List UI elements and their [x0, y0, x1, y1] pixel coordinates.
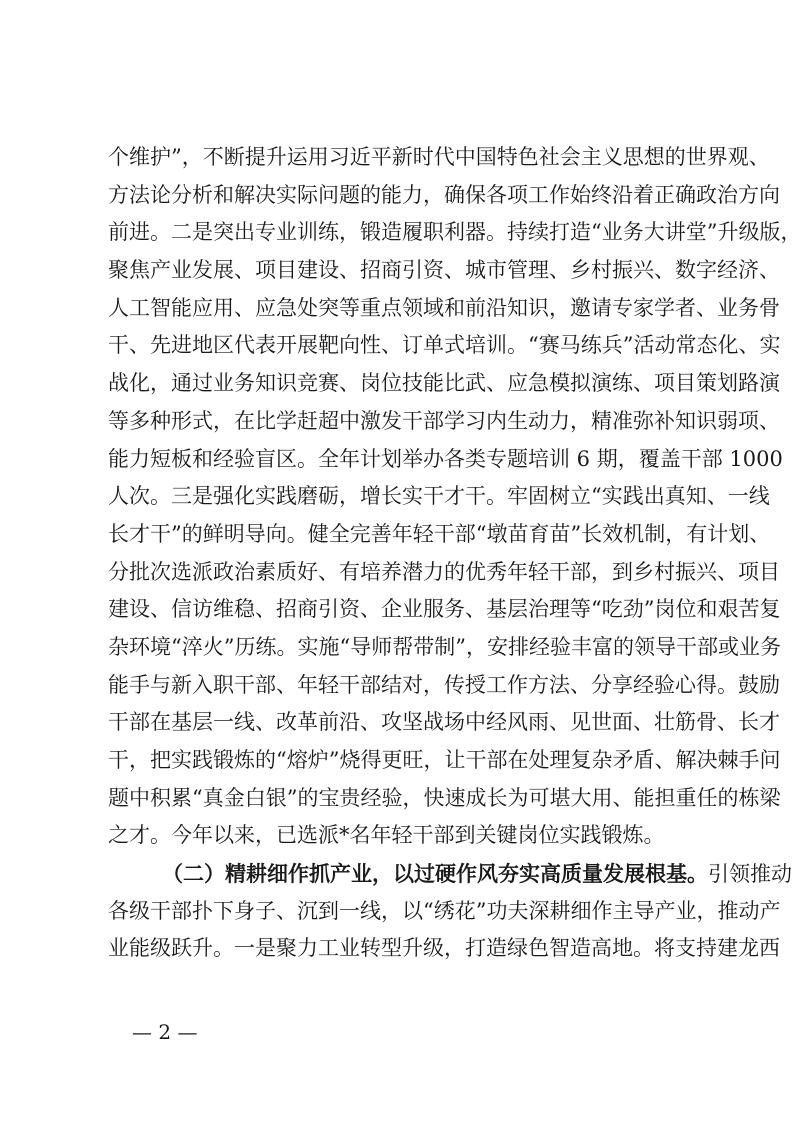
- text-line: 方法论分析和解决实际问题的能力，确保各项工作始终沿着正确政治方向: [108, 177, 694, 215]
- text-line: 长才干”的鲜明导向。健全完善年轻干部“墩苗育苗”长效机制，有计划、: [108, 516, 694, 554]
- text-line: 聚焦产业发展、项目建设、招商引资、城市管理、乡村振兴、数字经济、: [108, 252, 694, 290]
- text-line: 各级干部扑下身子、沉到一线，以“绣花”功夫深耕细作主导产业，推动产: [108, 893, 694, 931]
- text-line: 业能级跃升。一是聚力工业转型升级，打造绿色智造高地。将支持建龙西: [108, 930, 694, 968]
- text-line: 前进。二是突出专业训练，锻造履职利器。持续打造“业务大讲堂”升级版，: [108, 214, 694, 252]
- section-heading-line: （二）精耕细作抓产业，以过硬作风夯实高质量发展根基。引领推动: [108, 855, 694, 893]
- text-line: 个维护”，不断提升运用习近平新时代中国特色社会主义思想的世界观、: [108, 139, 694, 177]
- text-line: 干部在基层一线、改革前沿、攻坚战场中经风雨、见世面、壮筋骨、长才: [108, 704, 694, 742]
- text-line: 干、先进地区代表开展靶向性、订单式培训。“赛马练兵”活动常态化、实: [108, 327, 694, 365]
- text-line: 人次。三是强化实践磨砺，增长实干才干。牢固树立“实践出真知、一线: [108, 478, 694, 516]
- document-body: 个维护”，不断提升运用习近平新时代中国特色社会主义思想的世界观、 方法论分析和解…: [108, 139, 694, 968]
- text-line: 战化，通过业务知识竞赛、岗位技能比武、应急模拟演练、项目策划路演: [108, 365, 694, 403]
- text-line: 人工智能应用、应急处突等重点领域和前沿知识，邀请专家学者、业务骨: [108, 290, 694, 328]
- text-line: 等多种形式，在比学赶超中激发干部学习内生动力，精准弥补知识弱项、: [108, 403, 694, 441]
- text-line: 杂环境“淬火”历练。实施“导师帮带制”，安排经验丰富的领导干部或业务: [108, 629, 694, 667]
- section-heading-tail: 引领推动: [708, 862, 792, 886]
- text-line: 分批次选派政治素质好、有培养潜力的优秀年轻干部，到乡村振兴、项目: [108, 554, 694, 592]
- document-page: 个维护”，不断提升运用习近平新时代中国特色社会主义思想的世界观、 方法论分析和解…: [0, 0, 793, 1122]
- text-line: 能力短板和经验盲区。全年计划举办各类专题培训 6 期，覆盖干部 1000: [108, 441, 694, 479]
- text-line: 建设、信访维稳、招商引资、企业服务、基层治理等“吃劲”岗位和艰苦复: [108, 591, 694, 629]
- section-heading: （二）精耕细作抓产业，以过硬作风夯实高质量发展根基。: [162, 861, 708, 886]
- text-line: 题中积累“真金白银”的宝贵经验，快速成长为可堪大用、能担重任的栋梁: [108, 780, 694, 818]
- page-number: — 2 —: [132, 1020, 197, 1044]
- text-line-paragraph-end: 之才。今年以来，已选派*名年轻干部到关键岗位实践锻炼。: [108, 817, 694, 855]
- text-line: 能手与新入职干部、年轻干部结对，传授工作方法、分享经验心得。鼓励: [108, 667, 694, 705]
- text-line: 干，把实践锻炼的“熔炉”烧得更旺，让干部在处理复杂矛盾、解决棘手问: [108, 742, 694, 780]
